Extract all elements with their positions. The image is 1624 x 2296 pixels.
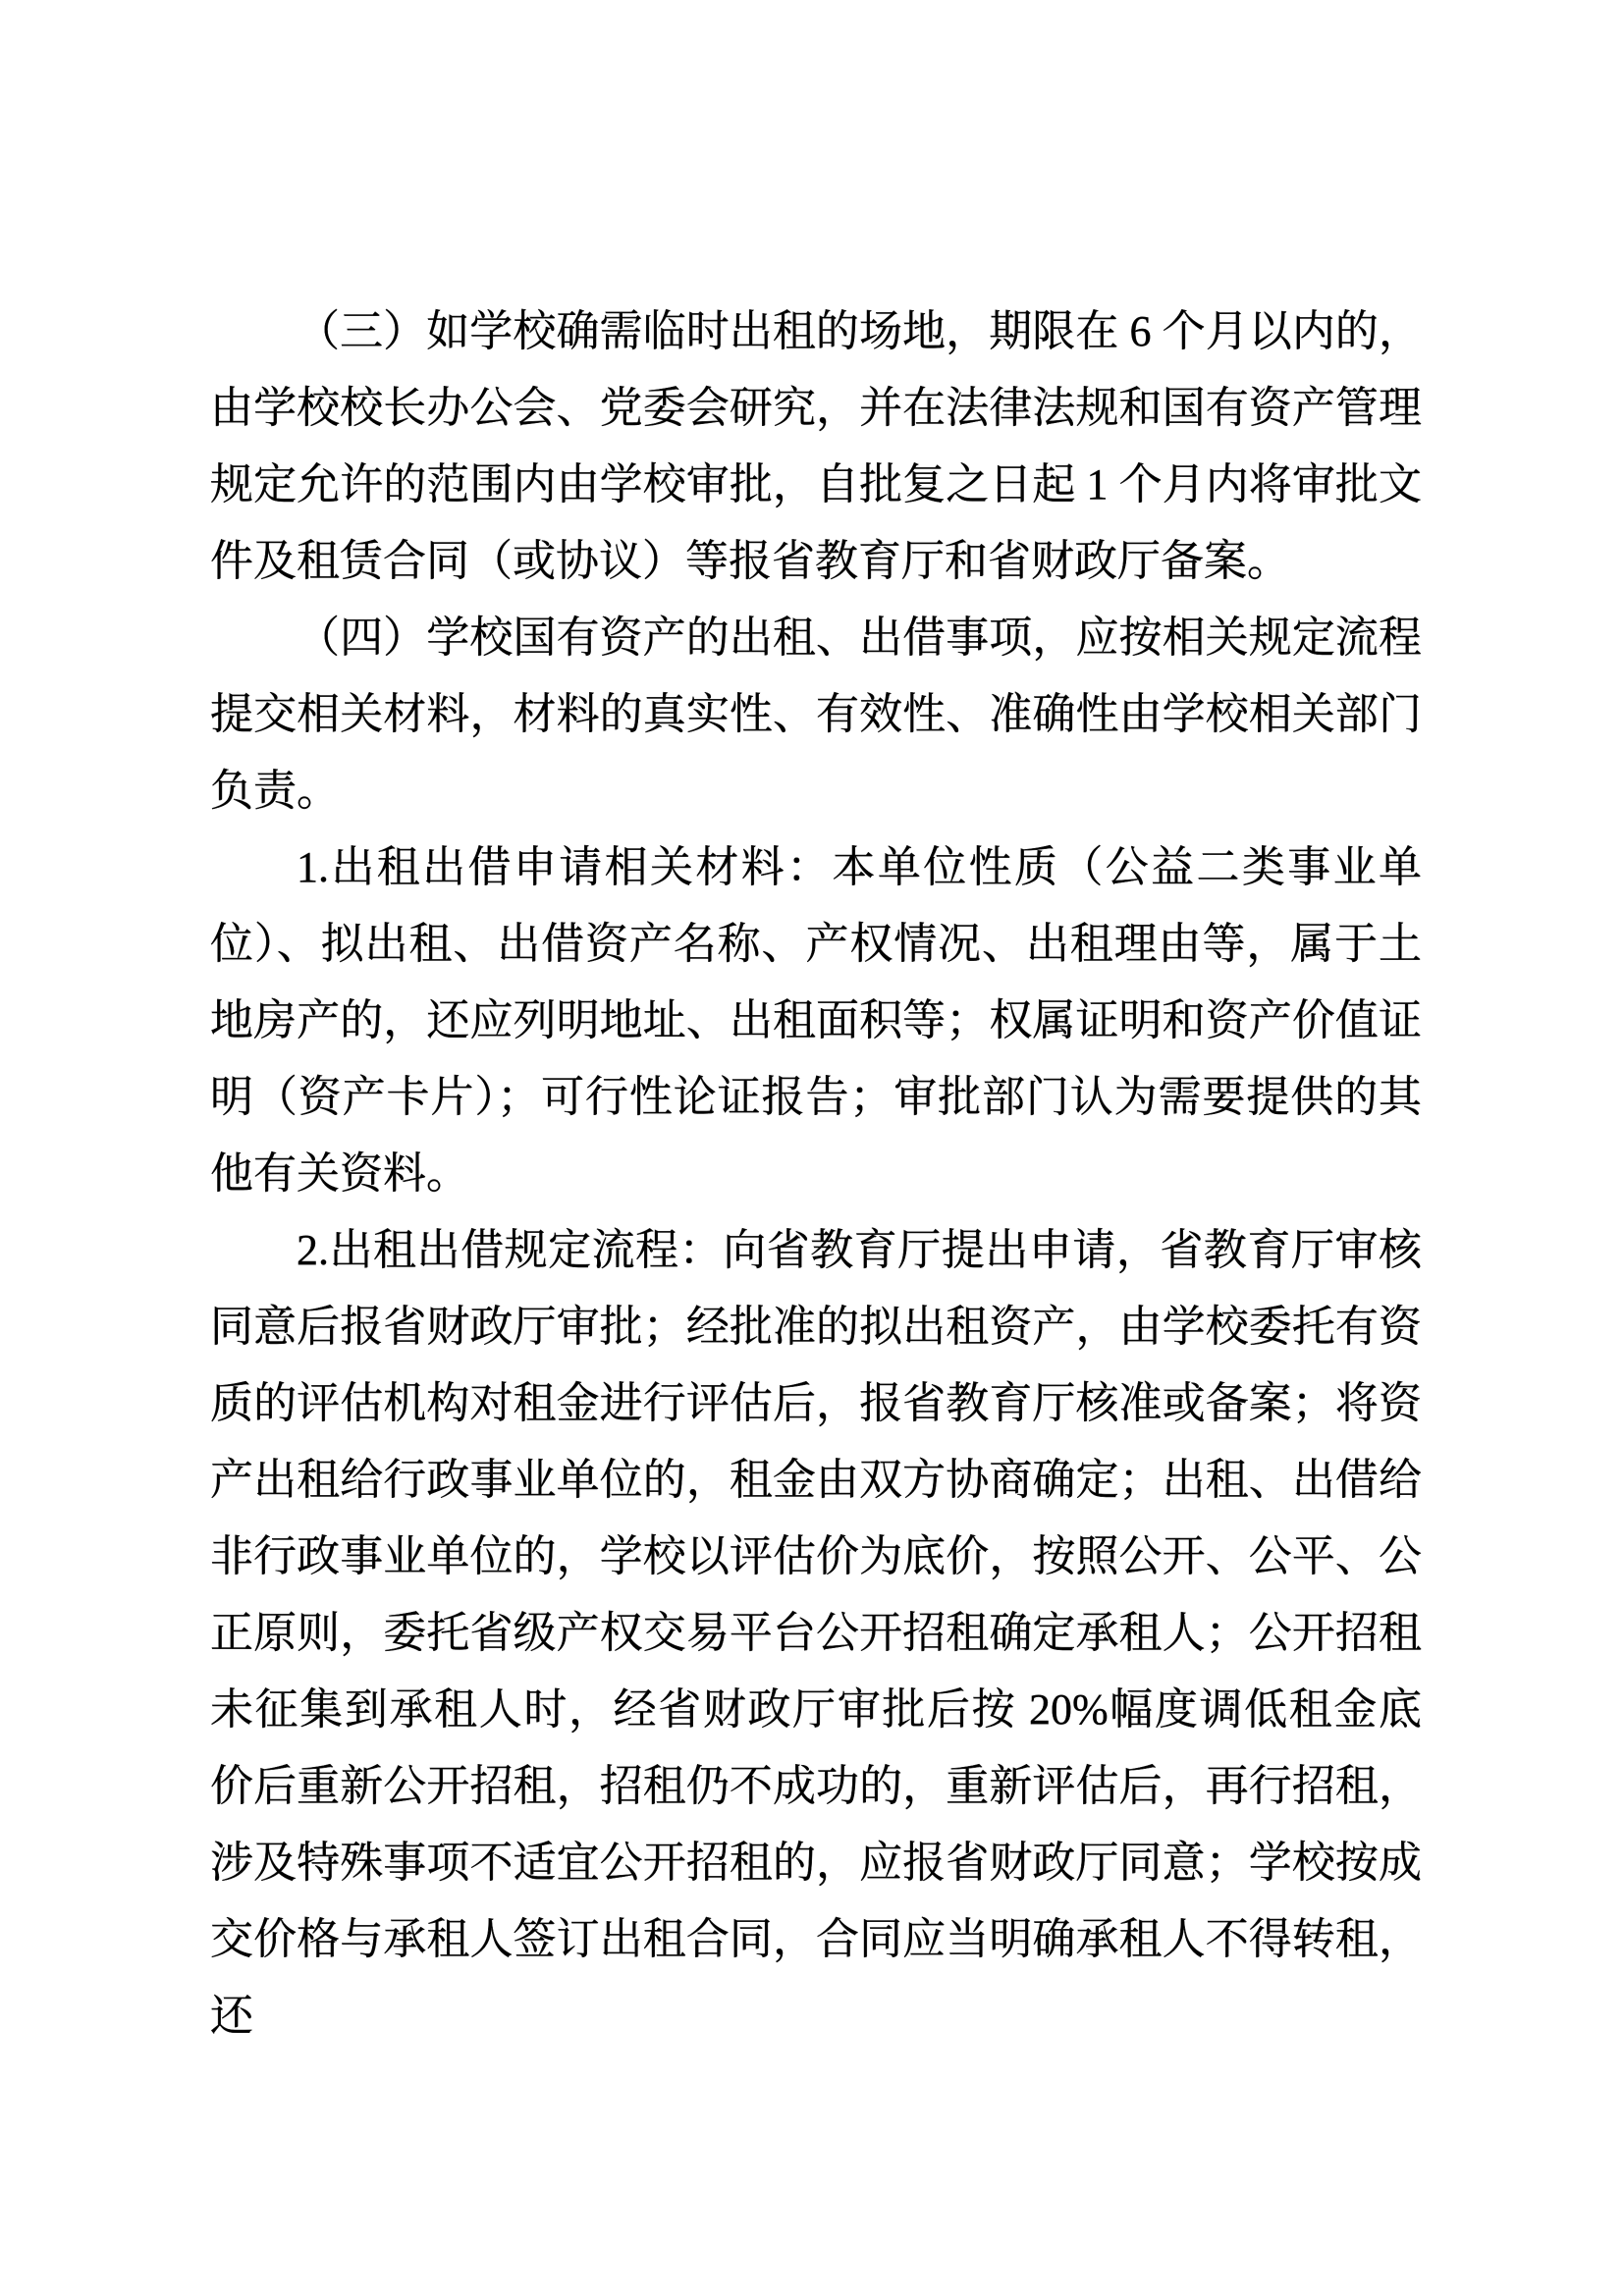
paragraph-item-3-temporary-rental: （三）如学校确需临时出租的场地，期限在 6 个月以内的，由学校校长办公会、党委会… bbox=[210, 294, 1422, 600]
paragraph-item-4-materials-responsibility: （四）学校国有资产的出租、出借事项，应按相关规定流程提交相关材料，材料的真实性、… bbox=[210, 600, 1422, 829]
paragraph-2-rental-procedure: 2.出租出借规定流程：向省教育厅提出申请，省教育厅审核同意后报省财政厅审批；经批… bbox=[210, 1212, 1422, 2055]
document-page: （三）如学校确需临时出租的场地，期限在 6 个月以内的，由学校校长办公会、党委会… bbox=[0, 0, 1624, 2296]
paragraph-1-application-materials: 1.出租出借申请相关材料：本单位性质（公益二类事业单位）、拟出租、出借资产名称、… bbox=[210, 829, 1422, 1212]
document-text-block: （三）如学校确需临时出租的场地，期限在 6 个月以内的，由学校校长办公会、党委会… bbox=[210, 294, 1422, 2055]
